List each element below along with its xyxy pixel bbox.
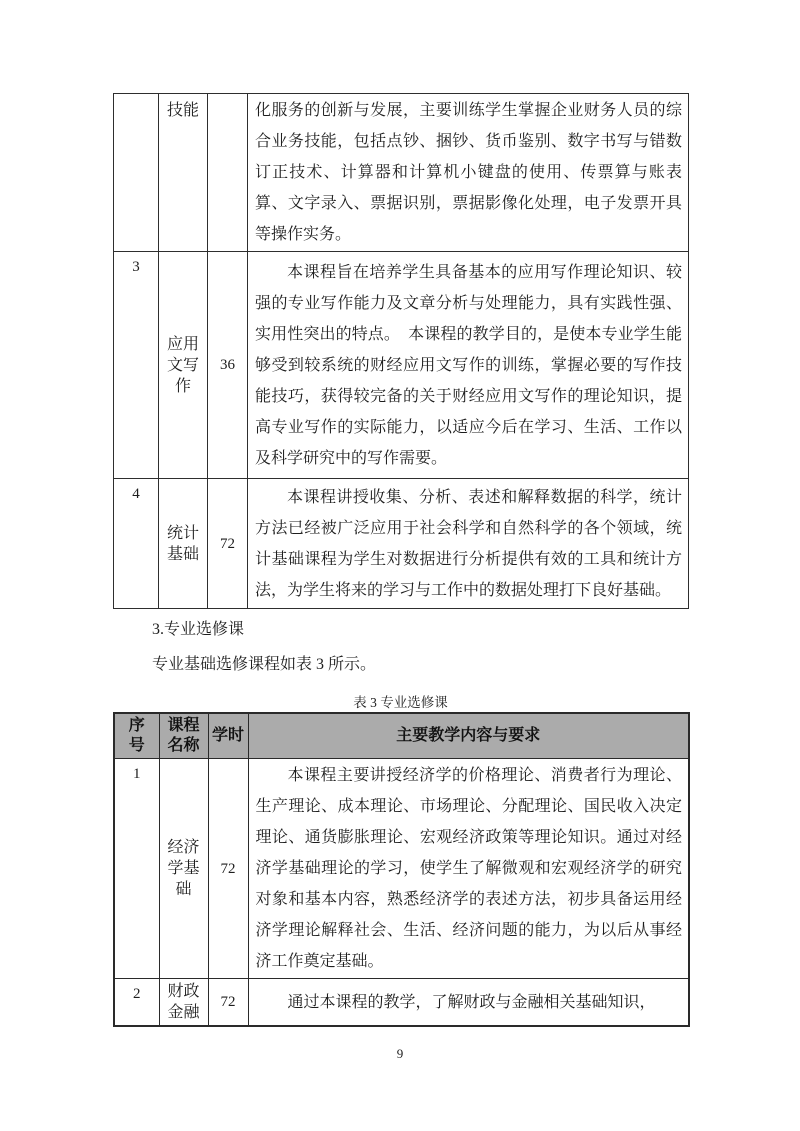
table-row: 技能 化服务的创新与发展，主要训练学生掌握企业财务人员的综合业务技能，包括点钞、… bbox=[114, 94, 689, 252]
table-header-row: 序号 课程名称 学时 主要教学内容与要求 bbox=[114, 713, 689, 759]
hours-cell bbox=[208, 94, 248, 252]
seq-cell bbox=[114, 94, 159, 252]
content-cell: 本课程旨在培养学生具备基本的应用写作理论知识、较强的专业写作能力及文章分析与处理… bbox=[248, 252, 689, 479]
hours-cell: 72 bbox=[208, 759, 248, 979]
content-paragraph: 本课程旨在培养学生具备基本的应用写作理论知识、较强的专业写作能力及文章分析与处理… bbox=[255, 257, 682, 474]
seq-cell: 2 bbox=[114, 979, 159, 1027]
header-seq: 序号 bbox=[114, 713, 159, 759]
content-paragraph: 本课程讲授收集、分析、表述和解释数据的科学，统计方法已经被广泛应用于社会科学和自… bbox=[255, 482, 682, 606]
course-table-continued: 技能 化服务的创新与发展，主要训练学生掌握企业财务人员的综合业务技能，包括点钞、… bbox=[113, 93, 689, 609]
table-row: 4 统计基础 72 本课程讲授收集、分析、表述和解释数据的科学，统计方法已经被广… bbox=[114, 479, 689, 609]
content-paragraph: 通过本课程的教学，了解财政与金融相关基础知识， bbox=[256, 987, 683, 1018]
content-cell: 化服务的创新与发展，主要训练学生掌握企业财务人员的综合业务技能，包括点钞、捆钞、… bbox=[248, 94, 689, 252]
intro-paragraph: 专业基础选修课程如表 3 所示。 bbox=[152, 654, 376, 675]
hours-cell: 72 bbox=[208, 979, 248, 1027]
course-name-cell: 财政金融 bbox=[159, 979, 208, 1027]
seq-cell: 4 bbox=[114, 479, 159, 609]
content-paragraph: 化服务的创新与发展，主要训练学生掌握企业财务人员的综合业务技能，包括点钞、捆钞、… bbox=[255, 95, 682, 250]
content-cell: 本课程主要讲授经济学的价格理论、消费者行为理论、生产理论、成本理论、市场理论、分… bbox=[248, 759, 689, 979]
header-content: 主要教学内容与要求 bbox=[248, 713, 689, 759]
course-name-cell: 统计基础 bbox=[159, 479, 208, 609]
content-paragraph: 本课程主要讲授经济学的价格理论、消费者行为理论、生产理论、成本理论、市场理论、分… bbox=[256, 760, 683, 977]
seq-cell: 1 bbox=[114, 759, 159, 979]
table-caption: 表 3 专业选修课 bbox=[113, 694, 688, 711]
document-page: 技能 化服务的创新与发展，主要训练学生掌握企业财务人员的综合业务技能，包括点钞、… bbox=[0, 0, 800, 1131]
course-name-cell: 应用文写作 bbox=[159, 252, 208, 479]
content-cell: 本课程讲授收集、分析、表述和解释数据的科学，统计方法已经被广泛应用于社会科学和自… bbox=[248, 479, 689, 609]
section-heading: 3.专业选修课 bbox=[152, 619, 244, 640]
course-name-cell: 经济学基础 bbox=[159, 759, 208, 979]
hours-cell: 72 bbox=[208, 479, 248, 609]
course-name-cell: 技能 bbox=[159, 94, 208, 252]
electives-table: 序号 课程名称 学时 主要教学内容与要求 1 经济学基础 72 本课程主要讲授经… bbox=[113, 712, 690, 1027]
table-row: 1 经济学基础 72 本课程主要讲授经济学的价格理论、消费者行为理论、生产理论、… bbox=[114, 759, 689, 979]
header-hours: 学时 bbox=[208, 713, 248, 759]
hours-cell: 36 bbox=[208, 252, 248, 479]
table-row: 3 应用文写作 36 本课程旨在培养学生具备基本的应用写作理论知识、较强的专业写… bbox=[114, 252, 689, 479]
header-course-name: 课程名称 bbox=[159, 713, 208, 759]
content-cell: 通过本课程的教学，了解财政与金融相关基础知识， bbox=[248, 979, 689, 1027]
table-row: 2 财政金融 72 通过本课程的教学，了解财政与金融相关基础知识， bbox=[114, 979, 689, 1027]
page-number: 9 bbox=[0, 1046, 800, 1062]
seq-cell: 3 bbox=[114, 252, 159, 479]
